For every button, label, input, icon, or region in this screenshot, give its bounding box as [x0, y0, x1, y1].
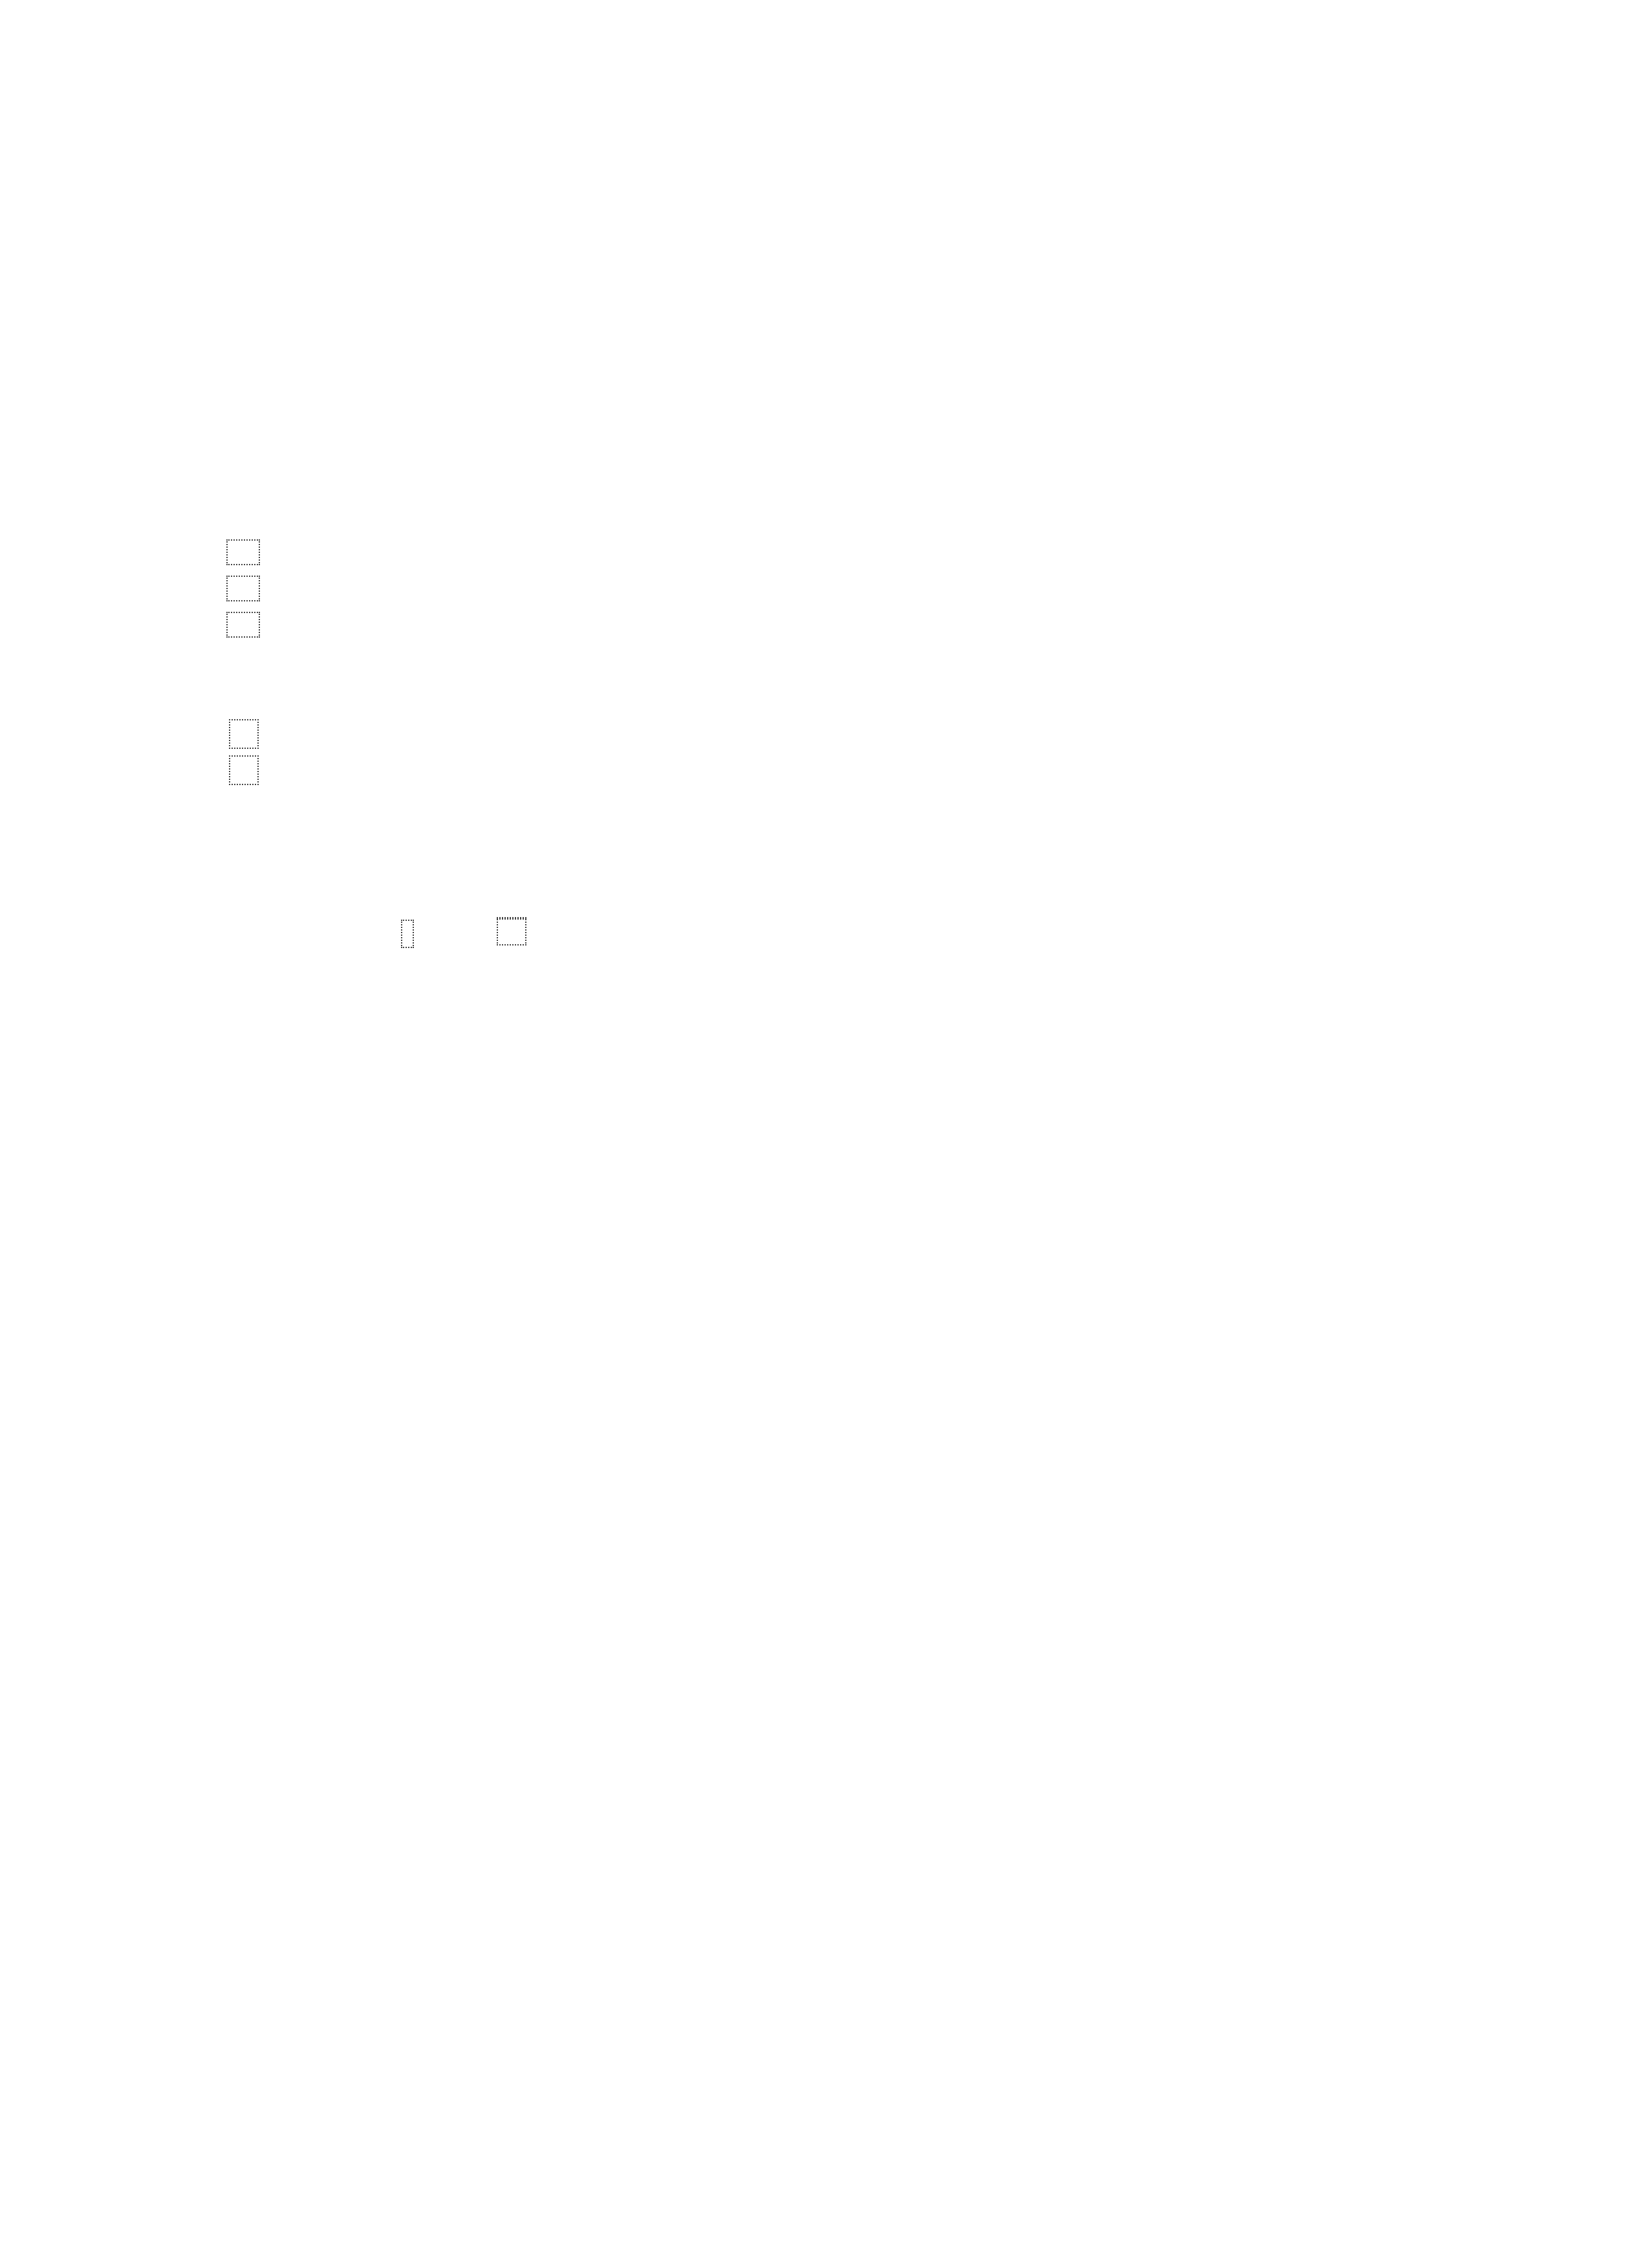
checkbox-poznamky[interactable]: [226, 612, 260, 638]
from-month-field[interactable]: [401, 920, 414, 948]
checkbox-riadna[interactable]: [229, 719, 259, 749]
checkbox-suvaha[interactable]: [226, 539, 260, 565]
checkbox-vykaz[interactable]: [226, 576, 260, 601]
checkbox-mimoriadna[interactable]: [229, 755, 259, 785]
